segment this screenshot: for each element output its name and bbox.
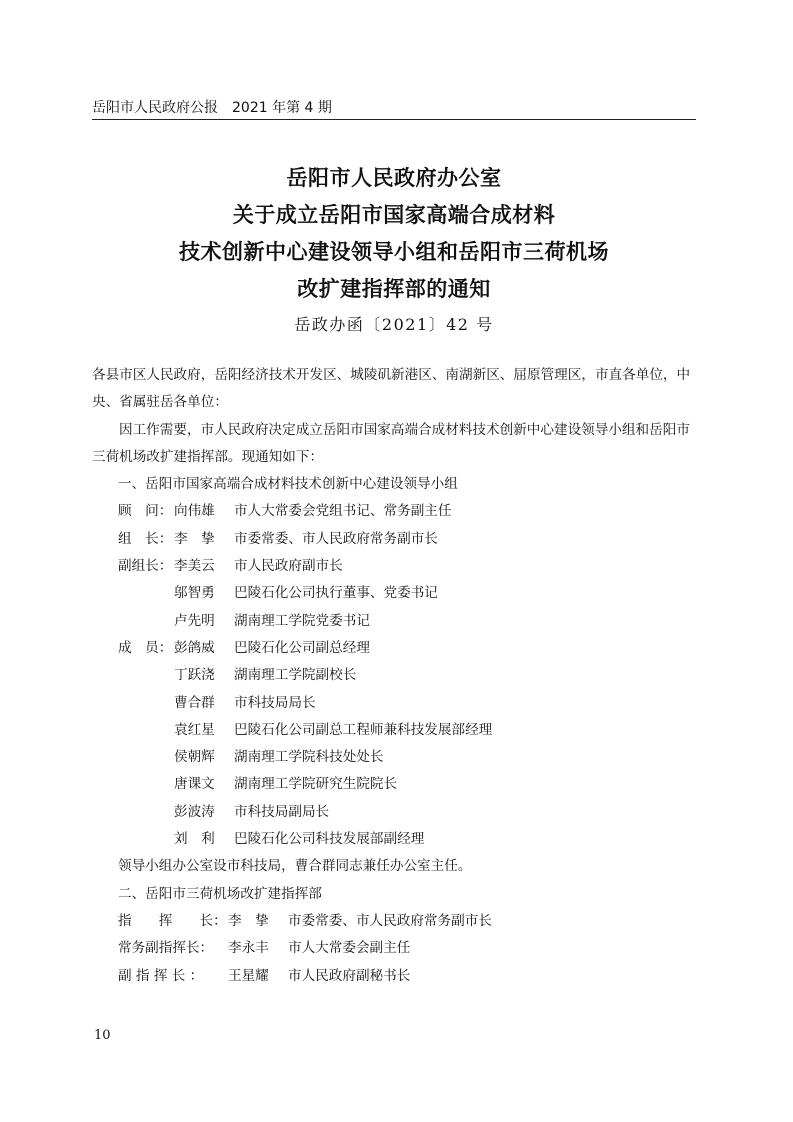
title-line: 技术创新中心建设领导小组和岳阳市三荷机场 xyxy=(92,234,696,271)
intro-paragraph: 因工作需要，市人民政府决定成立岳阳市国家高端合成材料技术创新中心建设领导小组和岳… xyxy=(92,417,698,472)
office-note: 领导小组办公室设市科技局，曹合群同志兼任办公室主任。 xyxy=(118,853,698,880)
section-heading: 一、岳阳市国家高端合成材料技术创新中心建设领导小组 xyxy=(118,471,698,498)
member-position: 湖南理工学院研究生院院长 xyxy=(234,771,397,798)
member-row: 刘 利巴陵石化公司科技发展部副经理 xyxy=(118,826,698,853)
addressee: 各县市区人民政府，岳阳经济技术开发区、城陵矶新港区、南湖新区、屈原管理区，市直各… xyxy=(92,362,698,417)
page-number: 10 xyxy=(94,1028,111,1043)
member-name: 王星耀 xyxy=(228,963,288,990)
member-name: 彭波涛 xyxy=(174,799,234,826)
member-row: 副 指 挥 长 ：王星耀市人民政府副秘书长 xyxy=(118,963,698,990)
member-position: 湖南理工学院党委书记 xyxy=(234,608,370,635)
member-row: 常务副指挥长：李永丰市人大常委会副主任 xyxy=(118,935,698,962)
member-row: 顾 问：向伟雄市人大常委会党组书记、常务副主任 xyxy=(118,498,698,525)
member-row: 彭波涛市科技局副局长 xyxy=(118,799,698,826)
member-position: 市科技局局长 xyxy=(234,690,316,717)
member-position: 市委常委、市人民政府常务副市长 xyxy=(288,908,492,935)
member-name: 彭鸽威 xyxy=(174,635,234,662)
member-name: 李永丰 xyxy=(228,935,288,962)
member-position: 市人民政府副秘书长 xyxy=(288,963,410,990)
member-row: 侯朝辉湖南理工学院科技处处长 xyxy=(118,744,698,771)
member-name: 邬智勇 xyxy=(174,580,234,607)
title-line: 改扩建指挥部的通知 xyxy=(92,271,696,308)
document-number: 岳政办函〔2021〕42 号 xyxy=(92,312,696,335)
member-row: 副组长：李美云市人民政府副市长 xyxy=(118,553,698,580)
member-row: 丁跃浇湖南理工学院副校长 xyxy=(118,662,698,689)
member-position: 巴陵石化公司科技发展部副经理 xyxy=(234,826,424,853)
member-row: 曹合群市科技局局长 xyxy=(118,690,698,717)
member-role: 组 长： xyxy=(118,526,174,553)
member-role: 顾 问： xyxy=(118,498,174,525)
publication-header: 岳阳市人民政府公报 2021 年第 4 期 xyxy=(92,97,696,120)
section2-heading: 二、岳阳市三荷机场改扩建指挥部 xyxy=(118,881,322,908)
member-name: 刘 利 xyxy=(174,826,234,853)
publication-title: 岳阳市人民政府公报 2021 年第 4 期 xyxy=(92,100,332,116)
member-position: 市人民政府副市长 xyxy=(234,553,343,580)
member-name: 卢先明 xyxy=(174,608,234,635)
member-role: 副组长： xyxy=(118,553,174,580)
member-name: 袁红星 xyxy=(174,717,234,744)
member-position: 湖南理工学院副校长 xyxy=(234,662,356,689)
member-role: 指 挥 长： xyxy=(118,908,228,935)
member-row: 卢先明湖南理工学院党委书记 xyxy=(118,608,698,635)
member-row: 唐课文湖南理工学院研究生院院长 xyxy=(118,771,698,798)
office-note-text: 领导小组办公室设市科技局，曹合群同志兼任办公室主任。 xyxy=(118,853,471,880)
section1-heading: 一、岳阳市国家高端合成材料技术创新中心建设领导小组 xyxy=(118,471,458,498)
member-name: 李 挚 xyxy=(174,526,234,553)
member-row: 组 长：李 挚市委常委、市人民政府常务副市长 xyxy=(118,526,698,553)
member-position: 市委常委、市人民政府常务副市长 xyxy=(234,526,438,553)
title-line: 岳阳市人民政府办公室 xyxy=(92,160,696,197)
title-line: 关于成立岳阳市国家高端合成材料 xyxy=(92,197,696,234)
member-name: 向伟雄 xyxy=(174,498,234,525)
member-name: 侯朝辉 xyxy=(174,744,234,771)
member-row: 邬智勇巴陵石化公司执行董事、党委书记 xyxy=(118,580,698,607)
document-body: 各县市区人民政府，岳阳经济技术开发区、城陵矶新港区、南湖新区、屈原管理区，市直各… xyxy=(118,362,698,990)
member-name: 唐课文 xyxy=(174,771,234,798)
member-position: 市人大常委会党组书记、常务副主任 xyxy=(234,498,452,525)
member-name: 李 挚 xyxy=(228,908,288,935)
member-row: 成 员：彭鸽威巴陵石化公司副总经理 xyxy=(118,635,698,662)
document-title: 岳阳市人民政府办公室 关于成立岳阳市国家高端合成材料 技术创新中心建设领导小组和… xyxy=(92,160,696,308)
member-position: 市人大常委会副主任 xyxy=(288,935,410,962)
member-position: 巴陵石化公司副总工程师兼科技发展部经理 xyxy=(234,717,492,744)
member-position: 市科技局副局长 xyxy=(234,799,329,826)
member-role: 副 指 挥 长 ： xyxy=(118,963,228,990)
member-role: 常务副指挥长： xyxy=(118,935,228,962)
member-position: 巴陵石化公司副总经理 xyxy=(234,635,370,662)
member-name: 丁跃浇 xyxy=(174,662,234,689)
member-row: 指 挥 长：李 挚市委常委、市人民政府常务副市长 xyxy=(118,908,698,935)
member-row: 袁红星巴陵石化公司副总工程师兼科技发展部经理 xyxy=(118,717,698,744)
section-heading: 二、岳阳市三荷机场改扩建指挥部 xyxy=(118,881,698,908)
member-position: 湖南理工学院科技处处长 xyxy=(234,744,384,771)
member-position: 巴陵石化公司执行董事、党委书记 xyxy=(234,580,438,607)
member-role: 成 员： xyxy=(118,635,174,662)
member-name: 李美云 xyxy=(174,553,234,580)
member-name: 曹合群 xyxy=(174,690,234,717)
